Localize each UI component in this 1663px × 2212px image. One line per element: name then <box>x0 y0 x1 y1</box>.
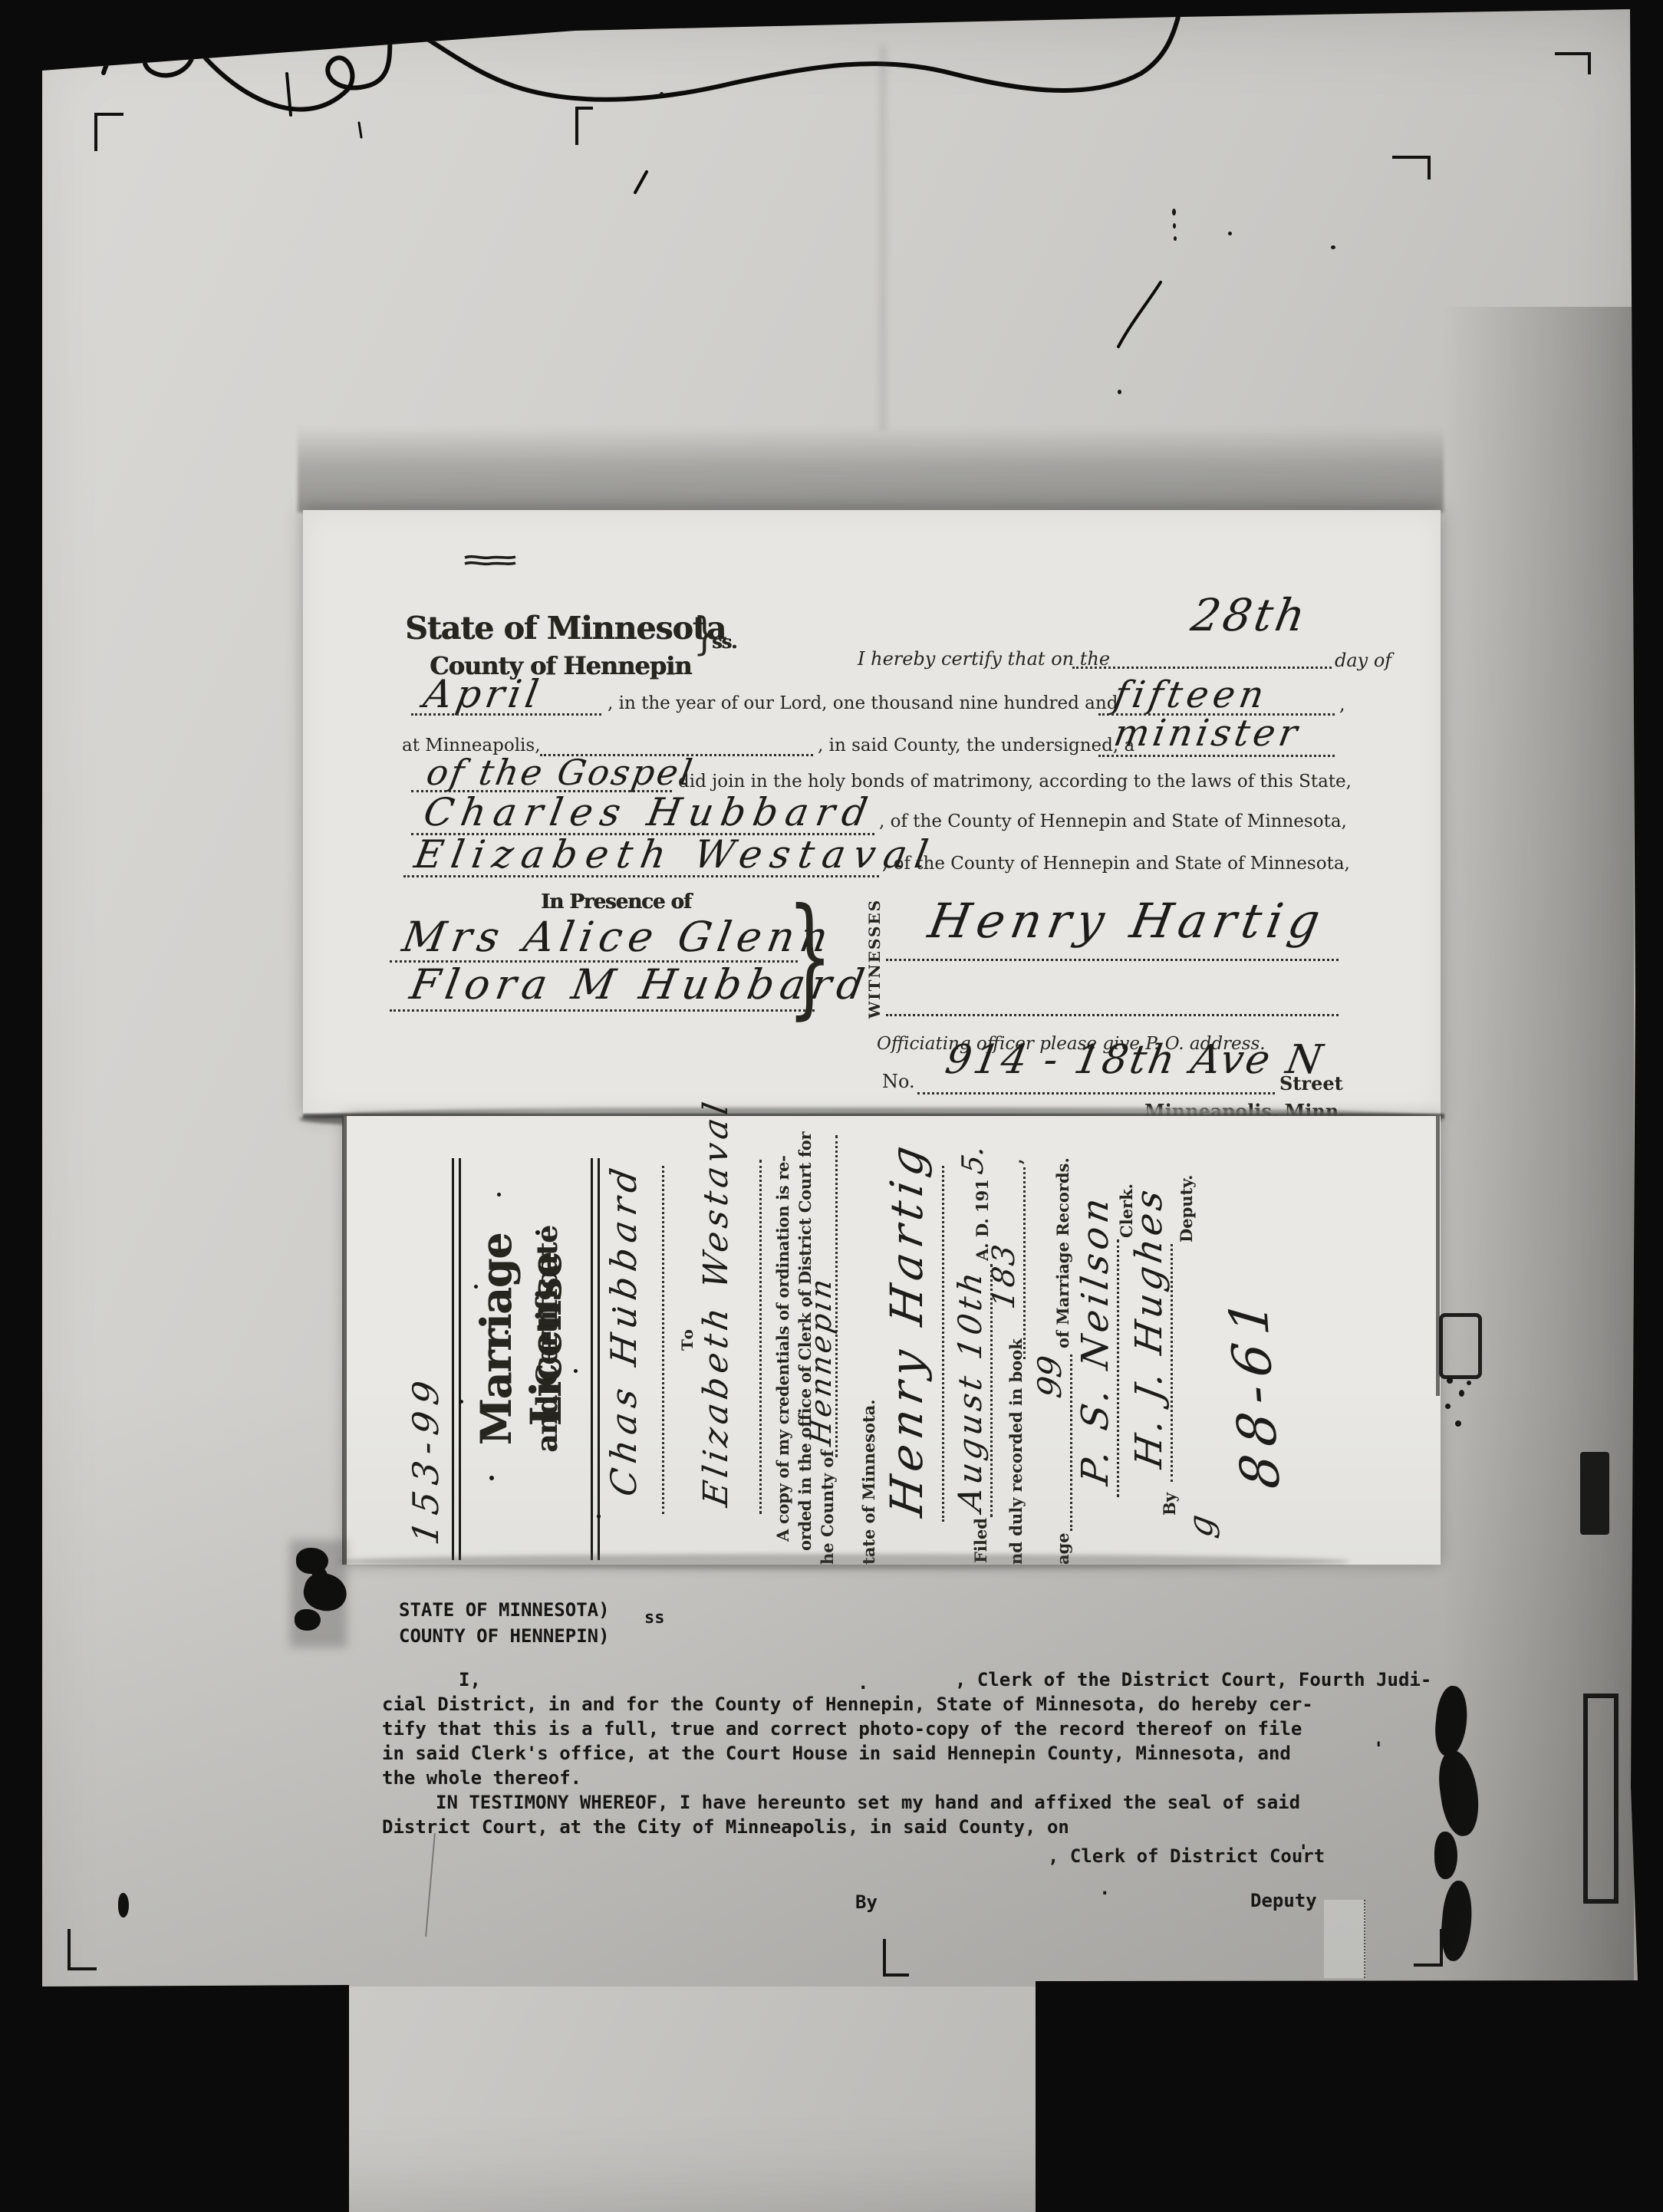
stray-tick: ' <box>1373 1738 1384 1759</box>
cert-line2-printed: , in the year of our Lord, one thousand … <box>608 693 1118 713</box>
stub-stray-flourish: g <box>1181 1512 1220 1540</box>
stub-book-label: nd duly recorded in book <box>1006 1338 1026 1565</box>
crop-corner-mark <box>68 1929 97 1970</box>
stray-dot: . <box>1099 1878 1110 1899</box>
crop-corner-mark <box>1414 1929 1443 1967</box>
cert-line5-printed: , of the County of Hennepin and State of… <box>879 811 1347 831</box>
street-label: Street <box>1279 1072 1343 1094</box>
stub-to-label: To <box>678 1158 696 1520</box>
address-no-label: No. <box>882 1071 915 1092</box>
stub-bride-name: Elizabeth Westaval <box>696 1095 736 1509</box>
stub-code-handwritten: 88-61 <box>1217 1289 1293 1491</box>
affidavit-line3-rest: , Clerk of the District Court, Fourth Ju… <box>955 1669 1431 1690</box>
cert-role-handwritten: minister <box>1111 712 1304 755</box>
in-presence-of-label: In Presence of <box>541 890 691 913</box>
stub-by-label: By <box>1160 1493 1179 1516</box>
affidavit-clerk-signature-line: , Clerk of District Court <box>1048 1845 1325 1867</box>
cert-month-handwritten: April <box>420 672 546 716</box>
affidavit-county-line: COUNTY OF HENNEPIN) <box>399 1625 610 1647</box>
stub-officiant-signature: Henry Hartig <box>881 1136 933 1520</box>
certificate-ss-label: ss. <box>712 630 736 653</box>
photo-paper: State of Minnesota } ss. County of Henne… <box>0 0 1663 2212</box>
affidavit-line: cial District, in and for the County of … <box>382 1694 1313 1715</box>
stub-filed-date-handwritten: August 10th <box>951 1266 989 1514</box>
stub-filed-year-handwritten: 5. <box>956 1143 990 1177</box>
stub-deputy-label: Deputy. <box>1177 1175 1196 1243</box>
stub-subtitle: and Certificate <box>530 1158 564 1520</box>
stub-records-label: of Marriage Records. <box>1053 1157 1072 1348</box>
witnesses-label: WITNESSES <box>865 899 884 1019</box>
affidavit-I: I, <box>459 1669 481 1690</box>
stub-deputy-signature: H. J. Hughes <box>1128 1183 1171 1471</box>
certificate-state-heading: State of Minnesota <box>405 610 726 647</box>
license-stub-document: 153-99 Marriage License and Certificate … <box>344 1116 1441 1565</box>
smudge-band-top <box>298 426 1444 512</box>
witnesses-brace: } <box>787 881 832 1032</box>
stub-county-handwritten: Hennepin <box>804 1273 838 1448</box>
affidavit-line: IN TESTIMONY WHEREOF, I have hereunto se… <box>436 1792 1300 1813</box>
stub-county-label: he County of <box>818 1450 837 1565</box>
affidavit-deputy-label: Deputy <box>1250 1890 1317 1911</box>
cert-day-handwritten: 28th <box>1187 589 1312 641</box>
cert-groom-handwritten: Charles Hubbard <box>420 790 878 834</box>
cert-line1-dayof: day of <box>1335 650 1391 671</box>
stub-state-label: tate of Minnesota. <box>859 1399 878 1565</box>
stray-dot: . <box>858 1672 868 1694</box>
affidavit-line: the whole thereof. <box>382 1767 581 1789</box>
officiant-signature: Henry Hartig <box>924 893 1330 949</box>
smudge-band-bottom <box>338 1554 1350 1569</box>
stub-clerk-signature: P. S. Neilson <box>1074 1190 1117 1488</box>
stub-book-comma: , <box>1006 1159 1026 1164</box>
microfilm-scan-page: State of Minnesota } ss. County of Henne… <box>0 0 1663 2212</box>
affidavit-by-label: By <box>855 1891 878 1913</box>
affidavit-line: tify that this is a full, true and corre… <box>382 1718 1302 1740</box>
equals-squiggle-mark <box>463 552 517 569</box>
stub-page-number-handwritten: 99 <box>1031 1353 1069 1401</box>
cert-line2-comma: , <box>1339 693 1345 715</box>
cert-year-handwritten: fifteen <box>1111 673 1272 716</box>
stub-file-number: 153-99 <box>405 1371 446 1548</box>
stub-credentials-line1: A copy of my credentials of ordination i… <box>773 1155 792 1542</box>
affidavit-ss: ss <box>644 1608 665 1628</box>
witness1-signature: Mrs Alice Glenn <box>399 913 838 961</box>
affidavit-state-line: STATE OF MINNESOTA) <box>399 1599 610 1621</box>
affidavit-line: District Court, at the City of Minneapol… <box>382 1816 1069 1838</box>
seal-outline-artifact <box>1583 1694 1619 1904</box>
cert-line3-printed: , in said County, the undersigned, a <box>818 736 1134 755</box>
paperclip-outline-artifact <box>1439 1313 1482 1379</box>
seal-bar-artifact <box>1580 1452 1609 1535</box>
pen-scratch-artifact <box>0 0 1663 460</box>
stray-tick: ' <box>1298 1841 1309 1862</box>
cert-gospel-handwritten: of the Gospel <box>423 752 697 793</box>
affidavit-line: in said Clerk's office, at the Court Hou… <box>382 1743 1291 1764</box>
cert-line4-printed: did join in the holy bonds of matrimony,… <box>678 772 1352 792</box>
stub-book-number-handwritten: 183 <box>986 1240 1022 1312</box>
stub-groom-name: Chas Hubbard <box>603 1159 644 1499</box>
cert-line6-printed: , of the County of Hennepin and State of… <box>882 854 1350 874</box>
address-handwritten: 914 - 18th Ave N <box>942 1037 1328 1083</box>
crop-corner-mark <box>883 1939 909 1977</box>
cert-bride-handwritten: Elizabeth Westaval <box>411 832 940 877</box>
